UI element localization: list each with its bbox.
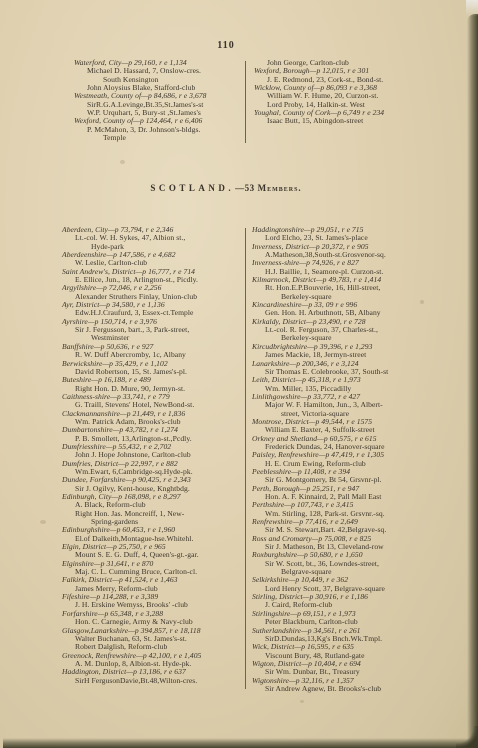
paper-speck (40, 520, 46, 524)
ireland-left-column: Waterford, City—p 29,160, r e 1,134Micha… (74, 59, 244, 142)
paper-speck (120, 160, 125, 164)
page-corner-shadow (456, 726, 478, 748)
paper-speck (300, 700, 304, 703)
member-line: SirH FergusonDavie,Bt.48,Wilton-cres. (62, 677, 242, 685)
scotland-left-column: Aberdeen, City—p 73,794, r e 2,346Lt.-co… (62, 226, 242, 685)
scotland-section-heading: SCOTLAND.—53Members. (0, 183, 452, 193)
ireland-right-column: John George, Carlton-clubWexford, Boroug… (254, 59, 452, 126)
member-line: Sir Andrew Agnew, Bt. Brooks's-club (252, 685, 454, 693)
heading-region: SCOTLAND. (150, 183, 234, 193)
paper-speck (420, 300, 424, 304)
page-number: 110 (0, 40, 452, 51)
scotland-right-column: Haddingtonshire—p 29,051, r e 715Lord El… (252, 226, 454, 693)
page-edge-shadow-right (467, 14, 478, 748)
scanned-book-page: 110 Waterford, City—p 29,160, r e 1,134M… (0, 0, 478, 748)
member-line: Right Hon. Jas. Moncreiff, 1, New- (62, 510, 242, 518)
heading-members-word: Members. (258, 183, 302, 193)
column-divider-scotland (245, 228, 246, 689)
heading-member-count: —53 (235, 183, 255, 193)
member-line: P. McMahon, 3, Dr. Johnson's-bldgs. (74, 126, 244, 134)
page-corner-highlight (466, 0, 478, 18)
member-line: Sir J. Fergusson, bart., 3, Park-street, (62, 326, 242, 334)
continuation-line: Temple (74, 134, 244, 142)
paper-background: 110 Waterford, City—p 29,160, r e 1,134M… (0, 0, 478, 748)
member-line: Isaac Butt, 15, Abingdon-street (254, 117, 452, 125)
column-divider-top (245, 61, 246, 143)
member-line: Michael D. Hassard, 7, Onslow-cres. (74, 67, 244, 75)
page-edge-shadow-bottom (3, 738, 478, 748)
member-line: Lt.-col. W. H. Sykes, 47, Albion st., (62, 234, 242, 242)
